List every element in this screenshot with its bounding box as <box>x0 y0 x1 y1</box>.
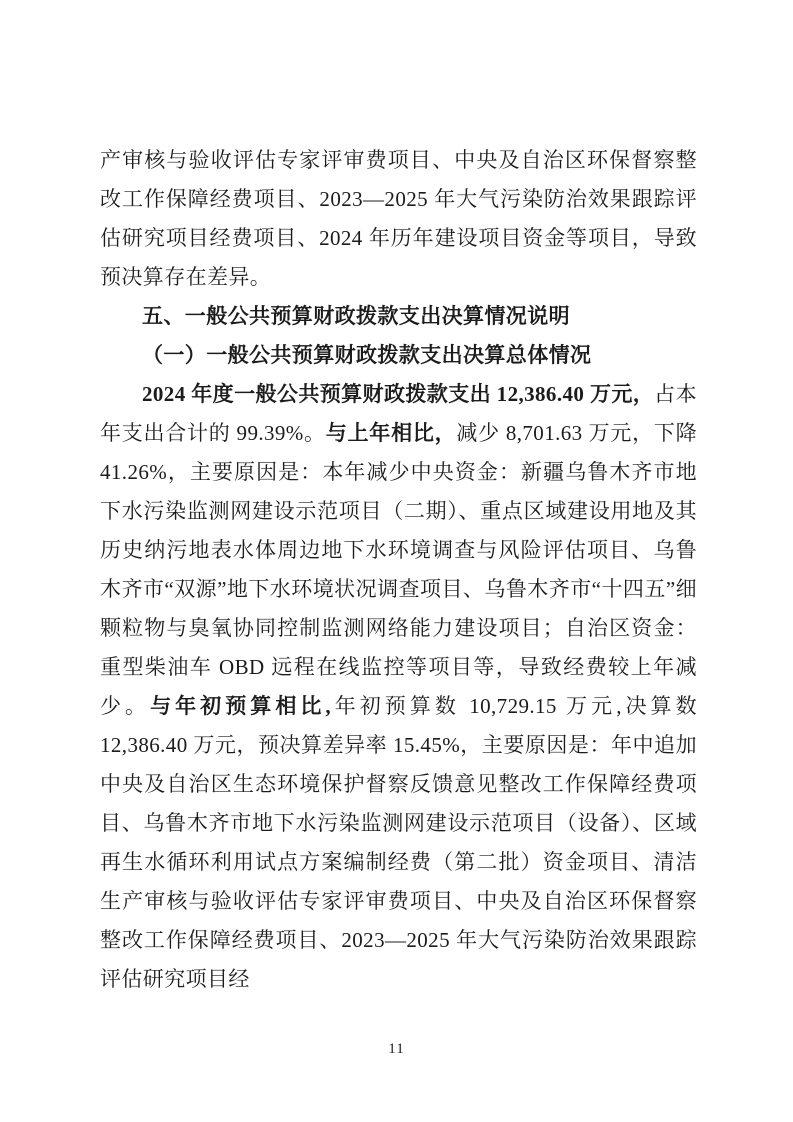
text-run-expenditure-total: 2024 年度一般公共预算财政拨款支出 12,386.40 万元， <box>142 382 654 406</box>
document-content: 产审核与验收评估专家评审费项目、中央及自治区环保督察整改工作保障经费项目、202… <box>100 141 697 999</box>
section-heading: 五、一般公共预算财政拨款支出决算情况说明 <box>100 297 697 336</box>
document-page: 产审核与验收评估专家评审费项目、中央及自治区环保督察整改工作保障经费项目、202… <box>0 0 793 1122</box>
text-run-yoy-detail: 减少 8,701.63 万元，下降 41.26%，主要原因是：本年减少中央资金：… <box>100 421 697 718</box>
text-run-budget-compare-label: 与年初预算相比, <box>150 694 331 718</box>
page-number: 11 <box>0 1041 793 1058</box>
subsection-heading: （一）一般公共预算财政拨款支出决算总体情况 <box>100 336 697 375</box>
paragraph-main: 2024 年度一般公共预算财政拨款支出 12,386.40 万元，占本年支出合计… <box>100 375 697 999</box>
text-run-budget-compare-detail: 年初预算数 10,729.15 万元,决算数 12,386.40 万元，预决算差… <box>100 694 697 991</box>
paragraph-carryover: 产审核与验收评估专家评审费项目、中央及自治区环保督察整改工作保障经费项目、202… <box>100 141 697 297</box>
text-run-yoy-label: 与上年相比， <box>326 421 457 445</box>
